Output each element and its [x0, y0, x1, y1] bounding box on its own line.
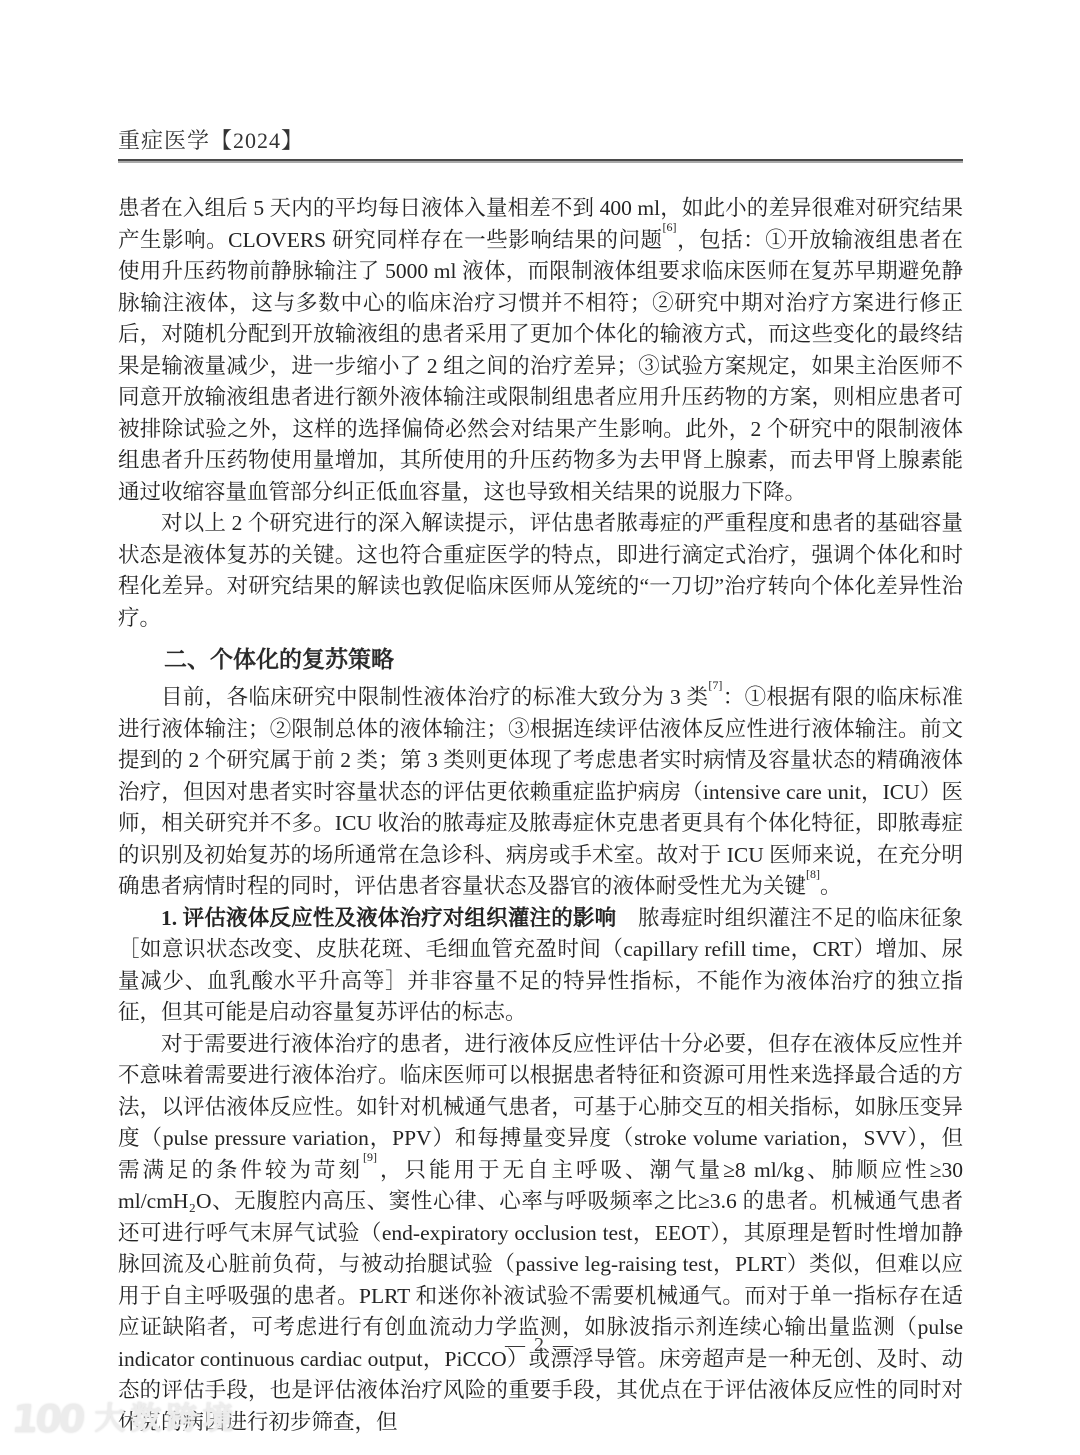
- paragraph: 对以上 2 个研究进行的深入解读提示，评估患者脓毒症的严重程度和患者的基础容量状…: [118, 508, 963, 634]
- paragraph: 对于需要进行液体治疗的患者，进行液体反应性评估十分必要，但存在液体反应性并不意味…: [118, 1029, 963, 1439]
- page-number: — 2 —: [0, 1334, 1080, 1357]
- header-rule: [118, 159, 963, 161]
- subsection-runin-title: 1. 评估液体反应性及液体治疗对组织灌注的影响: [161, 906, 616, 930]
- paragraph: 1. 评估液体反应性及液体治疗对组织灌注的影响 脓毒症时组织灌注不足的临床征象［…: [118, 903, 963, 1029]
- watermark: 100 大数跨境: [12, 1400, 238, 1438]
- paragraph-continuation: 患者在入组后 5 天内的平均每日液体入量相差不到 400 ml，如此小的差异很难…: [118, 193, 963, 508]
- running-header: 重症医学【2024】: [118, 128, 963, 154]
- document-page: 重症医学【2024】 患者在入组后 5 天内的平均每日液体入量相差不到 400 …: [0, 0, 1080, 1455]
- watermark-brand-text: 大数跨境: [94, 1402, 238, 1436]
- section-heading: 二、个体化的复苏策略: [118, 642, 963, 676]
- body-text: 患者在入组后 5 天内的平均每日液体入量相差不到 400 ml，如此小的差异很难…: [118, 193, 963, 1438]
- paragraph: 目前，各临床研究中限制性液体治疗的标准大致分为 3 类[7]：①根据有限的临床标…: [118, 682, 963, 903]
- page-content: 重症医学【2024】 患者在入组后 5 天内的平均每日液体入量相差不到 400 …: [118, 0, 963, 1438]
- watermark-logo-icon: 100: [10, 1400, 84, 1438]
